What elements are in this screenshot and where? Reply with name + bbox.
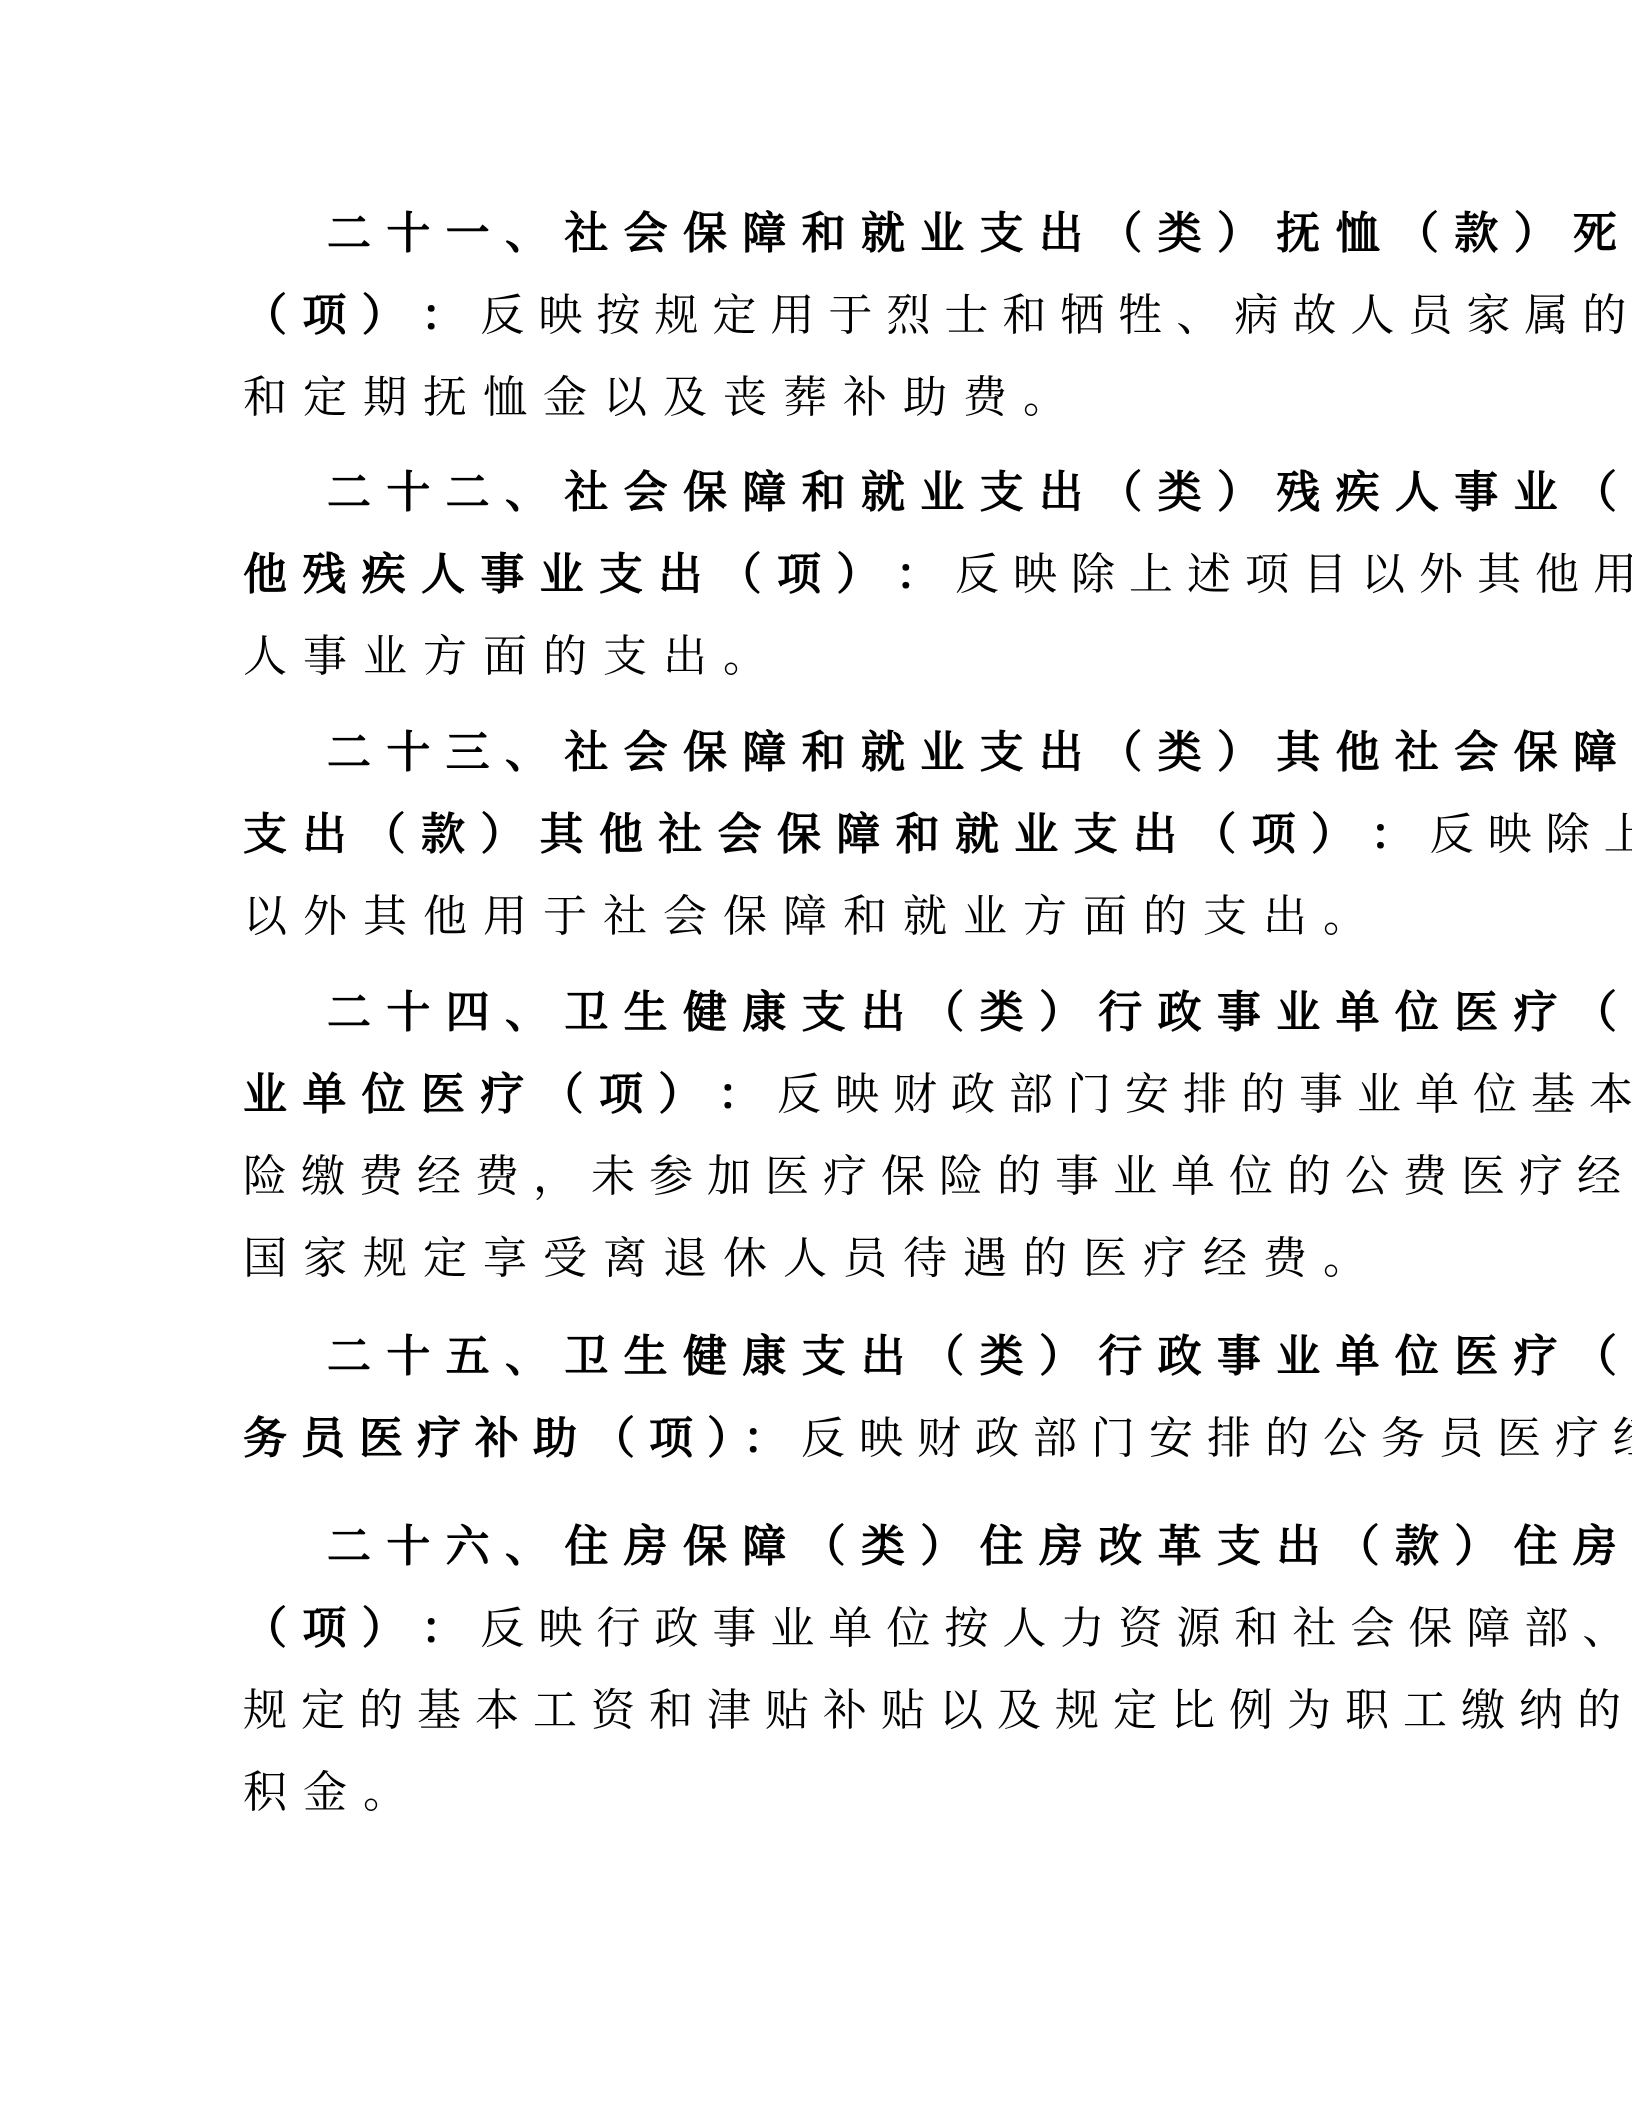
body-text: 反映财政部门安排的公务员医疗经费。 xyxy=(801,1413,1632,1464)
heading-text: 二 十 四 、 卫 生 健 康 支 出 （ 类 ） 行 政 事 业 单 位 医 … xyxy=(327,987,1632,1038)
paragraph-21: 二 十 一 、 社 会 保 障 和 就 业 支 出 （ 类 ） 抚 恤 （ 款 … xyxy=(243,193,1388,439)
paragraph-line: 他 残 疾 人 事 业 支 出 （ 项 ） ： 反 映 除 上 述 项 目 以 … xyxy=(243,534,1388,616)
body-text: 反 映 除 上 述 项 目 以 外 其 他 用 于 残 疾 xyxy=(955,549,1632,600)
paragraph-23: 二 十 三 、 社 会 保 障 和 就 业 支 出 （ 类 ） 其 他 社 会 … xyxy=(243,712,1388,958)
paragraph-line: 国家规定享受离退休人员待遇的医疗经费。 xyxy=(243,1218,1388,1300)
body-text: 反 映 行 政 事 业 单 位 按 人 力 资 源 和 社 会 保 障 部 、 … xyxy=(480,1603,1632,1654)
paragraph-line: 二 十 三 、 社 会 保 障 和 就 业 支 出 （ 类 ） 其 他 社 会 … xyxy=(243,712,1388,794)
paragraph-line: 积金。 xyxy=(243,1752,1388,1834)
paragraph-line: 和定期抚恤金以及丧葬补助费。 xyxy=(243,357,1388,439)
heading-text: 务员医疗补助（项）： xyxy=(243,1413,801,1464)
paragraph-line: 规 定 的 基 本 工 资 和 津 贴 补 贴 以 及 规 定 比 例 为 职 … xyxy=(243,1670,1388,1752)
paragraph-line: 险 缴 费 经 费 ， 未 参 加 医 疗 保 险 的 事 业 单 位 的 公 … xyxy=(243,1136,1388,1218)
heading-text: 支 出 （ 款 ） 其 他 社 会 保 障 和 就 业 支 出 （ 项 ） ： xyxy=(243,809,1430,860)
paragraph-line: 二 十 一 、 社 会 保 障 和 就 业 支 出 （ 类 ） 抚 恤 （ 款 … xyxy=(243,193,1388,275)
paragraph-line: 人事业方面的支出。 xyxy=(243,616,1388,698)
body-text: 反 映 财 政 部 门 安 排 的 事 业 单 位 基 本 医 疗 保 xyxy=(777,1069,1632,1120)
body-text: 国家规定享受离退休人员待遇的医疗经费。 xyxy=(243,1233,1383,1284)
heading-text: 二 十 五 、 卫 生 健 康 支 出 （ 类 ） 行 政 事 业 单 位 医 … xyxy=(327,1331,1632,1382)
paragraph-line: （ 项 ） ： 反 映 行 政 事 业 单 位 按 人 力 资 源 和 社 会 … xyxy=(243,1588,1388,1670)
paragraph-line: 二 十 六 、 住 房 保 障 （ 类 ） 住 房 改 革 支 出 （ 款 ） … xyxy=(243,1506,1388,1588)
heading-text: 二 十 一 、 社 会 保 障 和 就 业 支 出 （ 类 ） 抚 恤 （ 款 … xyxy=(327,208,1632,259)
paragraph-24: 二 十 四 、 卫 生 健 康 支 出 （ 类 ） 行 政 事 业 单 位 医 … xyxy=(243,972,1388,1300)
body-text: 人事业方面的支出。 xyxy=(243,631,783,682)
heading-text: 二 十 二 、 社 会 保 障 和 就 业 支 出 （ 类 ） 残 疾 人 事 … xyxy=(327,467,1632,518)
paragraph-22: 二 十 二 、 社 会 保 障 和 就 业 支 出 （ 类 ） 残 疾 人 事 … xyxy=(243,452,1388,698)
paragraph-line: 务员医疗补助（项）：反映财政部门安排的公务员医疗经费。 xyxy=(243,1398,1388,1480)
heading-text: 业 单 位 医 疗 （ 项 ） ： xyxy=(243,1069,777,1120)
body-text: 反 映 按 规 定 用 于 烈 士 和 牺 牲 、 病 故 人 员 家 属 的 … xyxy=(480,290,1632,341)
heading-text: （ 项 ） ： xyxy=(243,1603,480,1654)
heading-text: 二 十 三 、 社 会 保 障 和 就 业 支 出 （ 类 ） 其 他 社 会 … xyxy=(327,727,1632,778)
body-text: 险 缴 费 经 费 ， 未 参 加 医 疗 保 险 的 事 业 单 位 的 公 … xyxy=(243,1151,1632,1202)
paragraph-25: 二 十 五 、 卫 生 健 康 支 出 （ 类 ） 行 政 事 业 单 位 医 … xyxy=(243,1316,1388,1480)
body-text: 积金。 xyxy=(243,1767,423,1818)
body-text: 以外其他用于社会保障和就业方面的支出。 xyxy=(243,891,1383,942)
paragraph-line: 二 十 五 、 卫 生 健 康 支 出 （ 类 ） 行 政 事 业 单 位 医 … xyxy=(243,1316,1388,1398)
body-text: 规 定 的 基 本 工 资 和 津 贴 补 贴 以 及 规 定 比 例 为 职 … xyxy=(243,1685,1632,1736)
paragraph-line: （ 项 ） ： 反 映 按 规 定 用 于 烈 士 和 牺 牲 、 病 故 人 … xyxy=(243,275,1388,357)
paragraph-line: 二 十 二 、 社 会 保 障 和 就 业 支 出 （ 类 ） 残 疾 人 事 … xyxy=(243,452,1388,534)
paragraph-line: 业 单 位 医 疗 （ 项 ） ： 反 映 财 政 部 门 安 排 的 事 业 … xyxy=(243,1054,1388,1136)
heading-text: 二 十 六 、 住 房 保 障 （ 类 ） 住 房 改 革 支 出 （ 款 ） … xyxy=(327,1521,1632,1572)
paragraph-line: 以外其他用于社会保障和就业方面的支出。 xyxy=(243,876,1388,958)
paragraph-line: 支 出 （ 款 ） 其 他 社 会 保 障 和 就 业 支 出 （ 项 ） ： … xyxy=(243,794,1388,876)
body-text: 和定期抚恤金以及丧葬补助费。 xyxy=(243,372,1083,423)
heading-text: 他 残 疾 人 事 业 支 出 （ 项 ） ： xyxy=(243,549,955,600)
heading-text: （ 项 ） ： xyxy=(243,290,480,341)
paragraph-line: 二 十 四 、 卫 生 健 康 支 出 （ 类 ） 行 政 事 业 单 位 医 … xyxy=(243,972,1388,1054)
body-text: 反 映 除 上 述 项 目 xyxy=(1430,809,1632,860)
paragraph-26: 二 十 六 、 住 房 保 障 （ 类 ） 住 房 改 革 支 出 （ 款 ） … xyxy=(243,1506,1388,1834)
